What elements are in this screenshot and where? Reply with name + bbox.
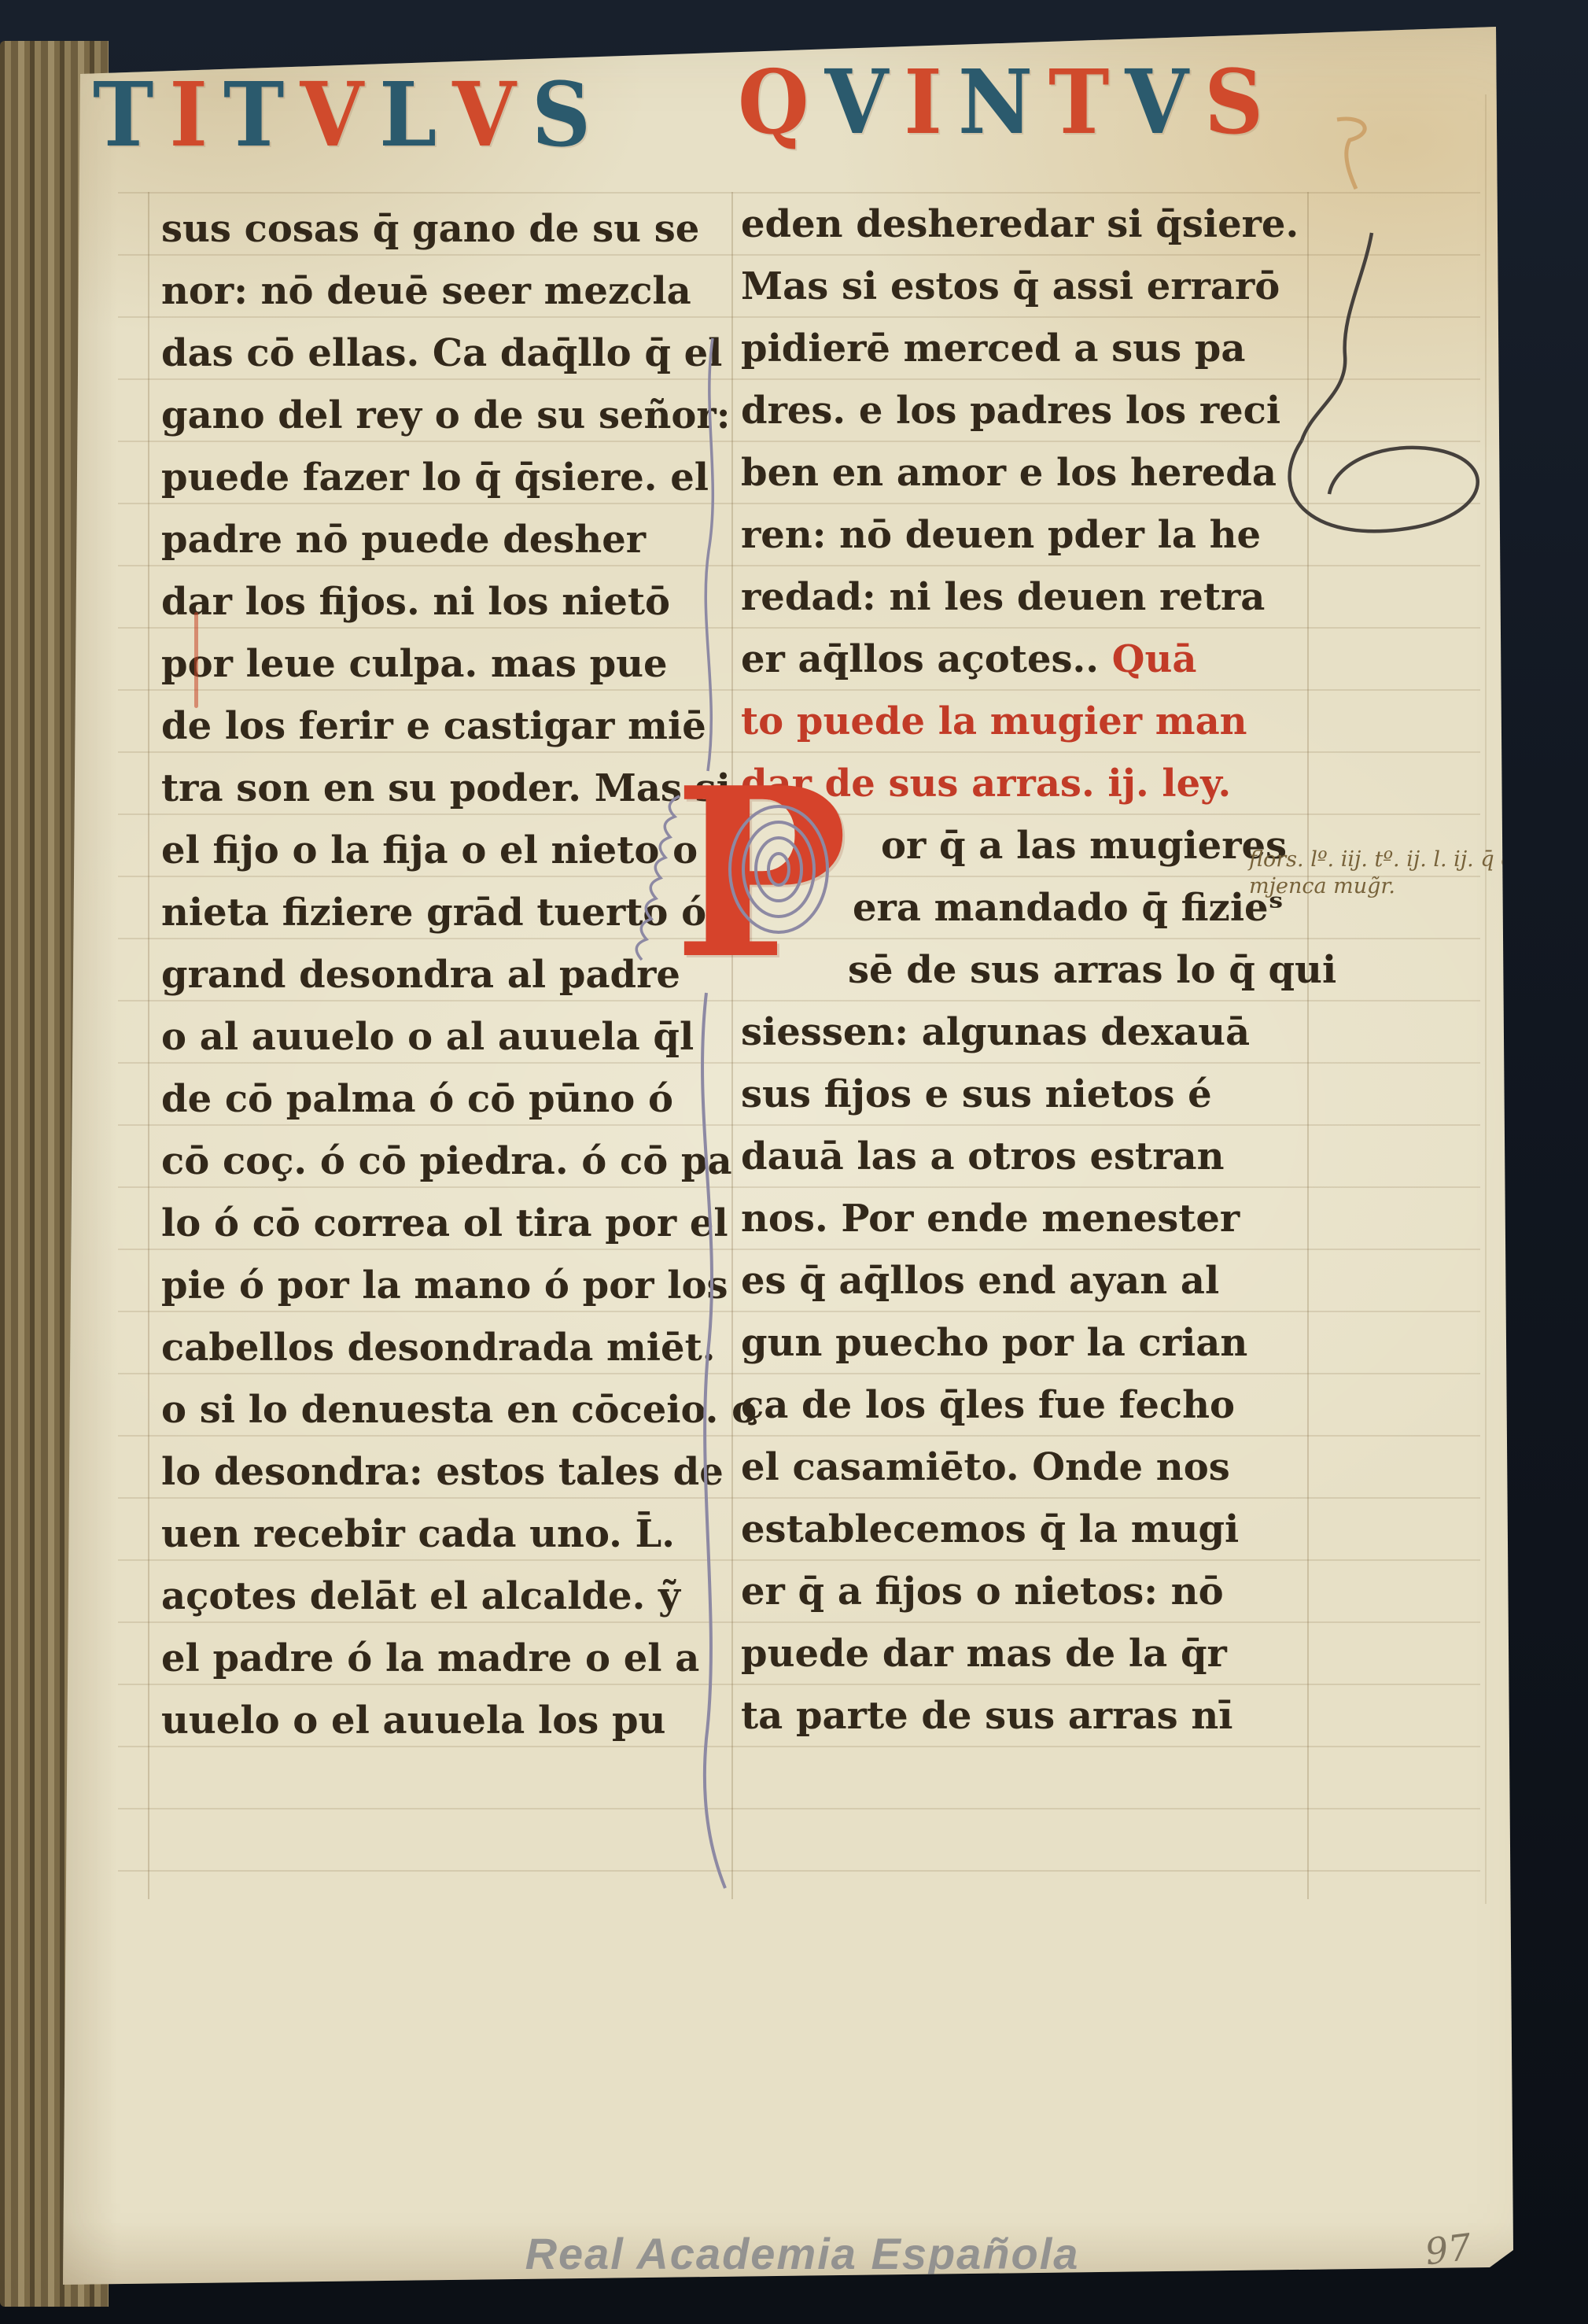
text-segment: Mas si estos q̄ assi errarō [741,264,1280,308]
text-line: lo ó cō correa ol tira por el [161,1193,747,1255]
text-segment: ben en amor e los hereda [741,451,1277,495]
text-segment: pidierē merced a sus pa [741,326,1245,371]
text-segment: redad: ni les deuen retra [741,575,1265,619]
header-letter: T [223,62,300,167]
text-segment: or q̄ a las mugieres [881,824,1287,868]
ruling-vertical-margin [1485,94,1487,1904]
text-segment: dres. e los padres los reci [741,389,1280,433]
text-segment: Quā [1112,637,1197,681]
text-segment: dauā las a otros estran [741,1134,1225,1179]
text-segment: lo ó cō correa ol tira por el [161,1201,728,1245]
text-line: puede dar mas de la q̄r [741,1623,1327,1685]
text-line: gun puecho por la crian [741,1312,1327,1374]
text-segment: er q̄ a fijos o nietos: nō [741,1570,1224,1614]
header-letter: V [1125,50,1204,154]
text-segment: nieta fiziere grād tuerto ó [161,891,706,935]
text-line: nor: nō deuē seer mezcla [161,260,747,323]
text-segment: por leue culpa. mas pue [161,642,668,686]
text-line: tra son en su poder. Mas si [161,758,747,820]
text-segment: tra son en su poder. Mas si [161,766,731,810]
text-line: nos. Por ende menester [741,1188,1327,1250]
header-letter: I [169,62,223,167]
text-segment: gano del rey o de su señor: [161,393,730,437]
text-line: eden desheredar si q̄siere. [741,194,1327,256]
text-segment: uen recebir cada uno. L̄. [161,1512,675,1556]
text-segment: das cō ellas. Ca daq̄llo q̄ el [161,331,722,375]
text-column-left: sus cosas q̄ gano de su senor: nō deuē s… [161,198,747,1752]
header-letter: S [1204,50,1279,154]
text-line: ta parte de sus arras nī [741,1685,1327,1747]
text-line: por leue culpa. mas pue [161,633,747,695]
text-line: nieta fiziere grād tuerto ó [161,882,747,944]
text-segment: establecemos q̄ la mugi [741,1507,1239,1551]
text-line: redad: ni les deuen retra [741,566,1327,629]
text-segment: cō coç. ó cō piedra. ó cō pa [161,1139,732,1183]
text-segment: ta parte de sus arras nī [741,1694,1232,1738]
text-line: es q̄ aq̄llos end ayan al [741,1250,1327,1312]
text-segment: es q̄ aq̄llos end ayan al [741,1259,1219,1303]
text-line: de los ferir e castigar miē [161,695,747,758]
header-letter: V [300,62,379,167]
text-line: açotes delāt el alcalde. ỹ [161,1566,747,1628]
text-line: pie ó por la mano ó por los [161,1255,747,1317]
text-segment: gun puecho por la crian [741,1321,1247,1365]
text-line: dar los fijos. ni los nietō [161,571,747,633]
text-line: siessen: algunas dexauā [741,1002,1327,1064]
library-watermark: Real Academia Española [440,2228,1164,2279]
header-letter: T [1048,50,1125,154]
text-segment: cabellos desondrada miēt. [161,1326,715,1370]
text-line: de cō palma ó cō pūno ó [161,1068,747,1131]
text-line: er aq̄llos açotes.. Quā [741,629,1327,691]
header-letter: V [452,62,532,167]
text-line: Mas si estos q̄ assi errarō [741,256,1327,318]
text-line: ren: nō deuen pder la he [741,504,1327,566]
text-line: er q̄ a fijos o nietos: nō [741,1561,1327,1623]
text-segment: ren: nō deuen pder la he [741,513,1261,557]
text-segment: o al auuelo o al auuela q̄l [161,1015,694,1059]
red-margin-stroke [194,612,198,708]
decorated-initial-P: P [673,757,849,990]
text-line: o al auuelo o al auuela q̄l [161,1006,747,1068]
text-line: pidierē merced a sus pa [741,318,1327,380]
text-line: uen recebir cada uno. L̄. [161,1503,747,1566]
text-segment: grand desondra al padre [161,953,680,997]
text-line: el padre ó la madre o el a [161,1628,747,1690]
text-line: dauā las a otros estran [741,1126,1327,1188]
text-segment: er aq̄llos açotes.. [741,637,1112,681]
manuscript-photo: TITVLVS QVINTVS sus cosas q̄ gano de su … [0,0,1588,2324]
parchment-page: TITVLVS QVINTVS sus cosas q̄ gano de su … [0,0,1588,2324]
text-segment: dar los fijos. ni los nietō [161,580,670,624]
text-line: sus cosas q̄ gano de su se [161,198,747,260]
text-segment: padre nō puede desher [161,518,646,562]
text-line: ben en amor e los hereda [741,442,1327,504]
text-segment: de los ferir e castigar miē [161,704,706,748]
marginal-note: flors. lº. iij. tº. ij. l. ij. q̄ co mje… [1249,847,1516,900]
text-segment: el casamiēto. Onde nos [741,1445,1230,1489]
marginal-note-line2: mjenca mug̃r. [1249,873,1516,900]
text-line: el fijo o la fija o el nieto o la [161,820,747,882]
text-segment: sus cosas q̄ gano de su se [161,207,699,251]
text-segment: puede fazer lo q̄ q̄siere. el [161,456,709,500]
text-segment: eden desheredar si q̄siere. [741,202,1299,246]
text-line: puede fazer lo q̄ q̄siere. el [161,447,747,509]
marginal-note-line1: flors. lº. iij. tº. ij. l. ij. q̄ co [1249,847,1516,873]
text-segment: pie ó por la mano ó por los [161,1263,728,1308]
header-letter: N [958,50,1048,154]
text-segment: nor: nō deuē seer mezcla [161,269,691,313]
header-letter: L [379,62,452,167]
text-line: dres. e los padres los reci [741,380,1327,442]
text-segment: puede dar mas de la q̄r [741,1632,1227,1676]
header-letter: I [904,50,958,154]
text-segment: uuelo o el auuela los pu [161,1699,665,1743]
text-line: ça de los q̄les fue fecho [741,1374,1327,1437]
running-title-right: QVINTVS [738,53,1279,150]
running-title-left: TITVLVS [93,66,606,163]
header-letter: T [93,62,169,167]
text-segment: o si lo denuesta en cōceio. o [161,1388,757,1432]
header-letter: V [825,50,905,154]
ruling-vertical-left [148,192,149,1899]
text-line: lo desondra: estos tales de [161,1441,747,1503]
header-letter: S [532,62,606,167]
text-line: cabellos desondrada miēt. [161,1317,747,1379]
text-segment: siessen: algunas dexauā [741,1010,1250,1054]
text-line: el casamiēto. Onde nos [741,1437,1327,1499]
text-line: establecemos q̄ la mugi [741,1499,1327,1561]
text-segment: sē de sus arras lo q̄ qui [848,948,1336,992]
text-segment: de cō palma ó cō pūno ó [161,1077,673,1121]
text-segment: sus fijos e sus nietos é [741,1072,1212,1116]
text-line: o si lo denuesta en cōceio. o [161,1379,747,1441]
text-segment: açotes delāt el alcalde. ỹ [161,1574,680,1618]
text-segment: lo desondra: estos tales de [161,1450,724,1494]
text-line: padre nō puede desher [161,509,747,571]
text-segment: el fijo o la fija o el nieto o la [161,828,750,872]
text-segment: ça de los q̄les fue fecho [741,1383,1235,1427]
text-segment: el padre ó la madre o el a [161,1636,699,1680]
text-line: grand desondra al padre [161,944,747,1006]
header-letter: Q [738,50,825,154]
text-segment: nos. Por ende menester [741,1197,1240,1241]
text-segment: era mandado q̄ fizieˢ [853,886,1284,930]
text-line: gano del rey o de su señor: [161,385,747,447]
text-line: cō coç. ó cō piedra. ó cō pa [161,1131,747,1193]
folio-number: 97 [1423,2226,1474,2274]
text-line: das cō ellas. Ca daq̄llo q̄ el [161,323,747,385]
text-line: uuelo o el auuela los pu [161,1690,747,1752]
text-line: sus fijos e sus nietos é [741,1064,1327,1126]
